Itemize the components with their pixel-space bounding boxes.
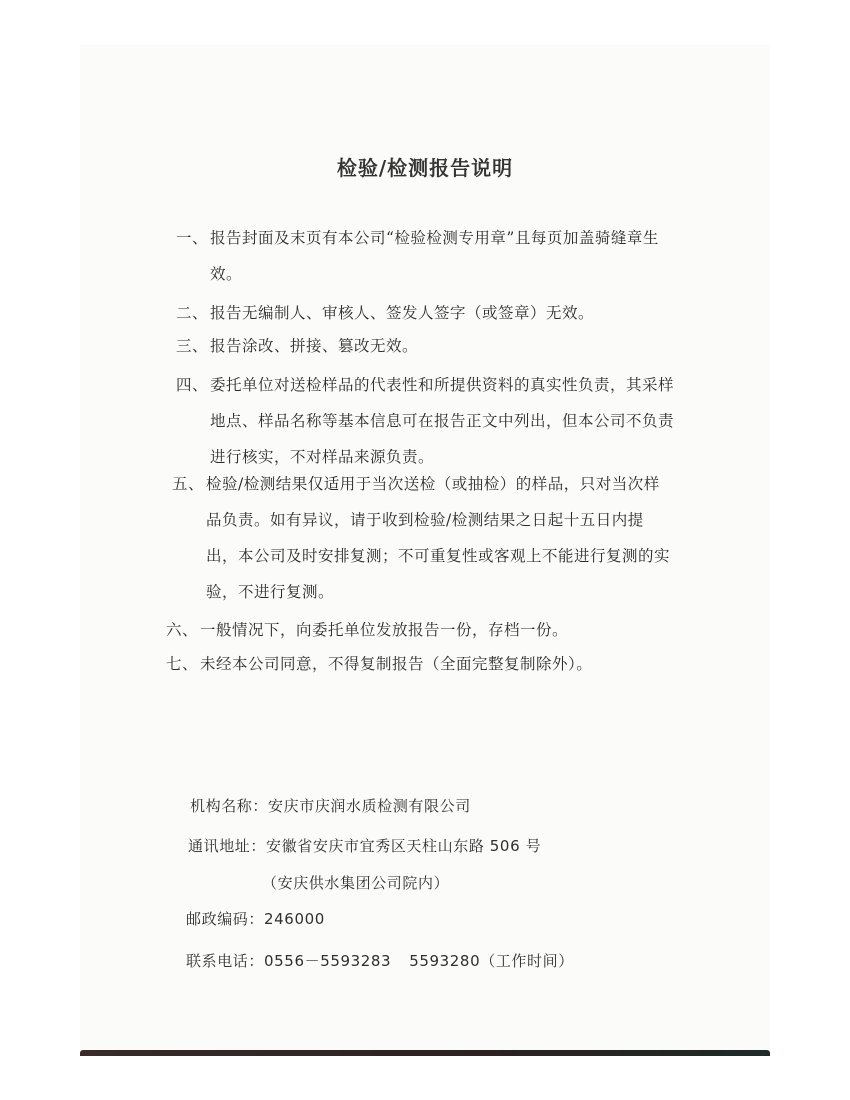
clause-text: 报告涂改、拼接、篡改无效。 bbox=[210, 337, 418, 355]
clause-text: 报告无编制人、审核人、签发人签字（或签章）无效。 bbox=[210, 304, 594, 322]
address-note: （安庆供水集团公司院内） bbox=[262, 874, 449, 892]
address-row: 通讯地址：安徽省安庆市宜秀区天柱山东路 506 号 bbox=[188, 835, 541, 856]
clause-number: 三、 bbox=[176, 328, 210, 364]
clause-3: 三、报告涂改、拼接、篡改无效。 bbox=[176, 328, 418, 364]
clause-1: 一、报告封面及末页有本公司“检验检测专用章”且每页加盖骑缝章生 效。 bbox=[176, 220, 659, 292]
clause-text: 未经本公司同意，不得复制报告（全面完整复制除外）。 bbox=[200, 655, 592, 673]
clause-2: 二、报告无编制人、审核人、签发人签字（或签章）无效。 bbox=[176, 295, 594, 331]
phone-label: 联系电话： bbox=[186, 952, 264, 970]
clause-text-continued: 出，本公司及时安排复测；不可重复性或客观上不能进行复测的实 bbox=[172, 538, 670, 574]
clause-number: 二、 bbox=[176, 295, 210, 331]
clause-text: 一般情况下，向委托单位发放报告一份，存档一份。 bbox=[200, 621, 568, 639]
postcode-row: 邮政编码：246000 bbox=[186, 908, 325, 929]
address-label: 通讯地址： bbox=[188, 837, 266, 855]
postcode-value: 246000 bbox=[264, 910, 325, 928]
page-bottom-edge bbox=[80, 1050, 770, 1056]
org-name-row: 机构名称：安庆市庆润水质检测有限公司 bbox=[190, 795, 471, 816]
clause-number: 六、 bbox=[166, 612, 200, 648]
clause-number: 五、 bbox=[172, 466, 206, 502]
address-value: 安徽省安庆市宜秀区天柱山东路 506 号 bbox=[266, 837, 541, 855]
clause-text-continued: 品负责。如有异议，请于收到检验/检测结果之日起十五日内提 bbox=[172, 502, 670, 538]
phone-note: （工作时间） bbox=[480, 952, 574, 970]
phone-row: 联系电话：0556－55932835593280（工作时间） bbox=[186, 950, 574, 971]
clause-text: 报告封面及末页有本公司“检验检测专用章”且每页加盖骑缝章生 bbox=[210, 229, 659, 247]
clause-7: 七、未经本公司同意，不得复制报告（全面完整复制除外）。 bbox=[166, 646, 592, 682]
phone-value-2: 5593280 bbox=[409, 952, 480, 970]
org-name-label: 机构名称： bbox=[190, 797, 268, 815]
postcode-label: 邮政编码： bbox=[186, 910, 264, 928]
phone-value: 0556－5593283 bbox=[264, 952, 391, 970]
clause-text-continued: 地点、样品名称等基本信息可在报告正文中列出，但本公司不负责 bbox=[176, 403, 674, 439]
clause-4: 四、委托单位对送检样品的代表性和所提供资料的真实性负责，其采样 地点、样品名称等… bbox=[176, 367, 674, 475]
clause-number: 一、 bbox=[176, 220, 210, 256]
clause-text-continued: 验，不进行复测。 bbox=[172, 574, 670, 610]
clause-text: 检验/检测结果仅适用于当次送检（或抽检）的样品，只对当次样 bbox=[206, 475, 660, 493]
org-name-value: 安庆市庆润水质检测有限公司 bbox=[268, 797, 471, 815]
clause-6: 六、一般情况下，向委托单位发放报告一份，存档一份。 bbox=[166, 612, 568, 648]
clause-text-continued: 效。 bbox=[176, 256, 659, 292]
document-title: 检验/检测报告说明 bbox=[0, 152, 850, 181]
clause-5: 五、检验/检测结果仅适用于当次送检（或抽检）的样品，只对当次样 品负责。如有异议… bbox=[172, 466, 670, 610]
clause-number: 四、 bbox=[176, 367, 210, 403]
clause-number: 七、 bbox=[166, 646, 200, 682]
address-note-row: （安庆供水集团公司院内） bbox=[262, 872, 449, 893]
clause-text: 委托单位对送检样品的代表性和所提供资料的真实性负责，其采样 bbox=[210, 376, 674, 394]
